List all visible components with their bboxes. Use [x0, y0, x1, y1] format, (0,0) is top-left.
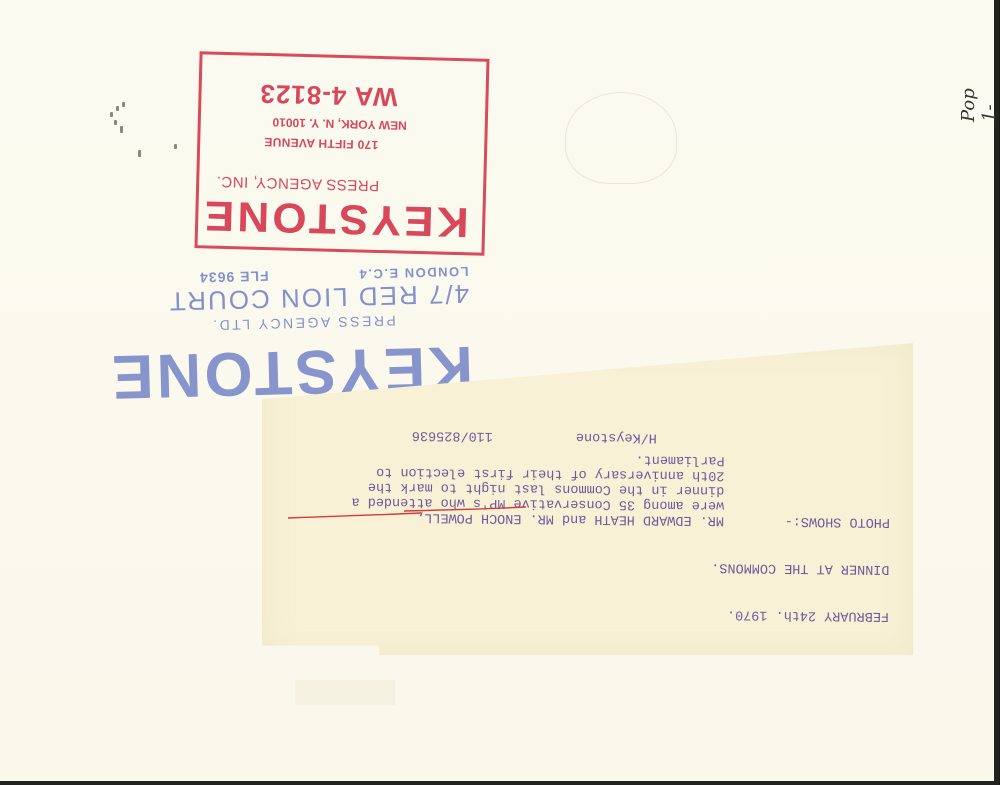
caption-date: FEBRUARY 24th. 1970.: [727, 606, 889, 623]
water-stain: [565, 92, 677, 184]
stamp-agency: PRESS AGENCY LTD.: [211, 313, 396, 334]
stamp-phone: FLE 9634: [199, 268, 269, 286]
red-pen-underline: [286, 505, 676, 521]
paper-residue: [295, 680, 395, 705]
caption-credit: H/Keystone: [576, 429, 657, 445]
caption-reference: 110/825636: [412, 427, 493, 443]
caption-label: PHOTO SHOWS:-: [785, 513, 890, 529]
stamp-brand: KEYSTONE: [201, 191, 469, 246]
stamp-address-line2: NEW YORK, N. Y. 10010: [272, 115, 407, 133]
caption-headline: DINNER AT THE COMMONS.: [711, 559, 889, 576]
stamp-agency: PRESS AGENCY, INC.: [216, 173, 379, 194]
stamp-address-line2: LONDON E.C.4: [358, 264, 469, 282]
stamp-address-line1: 170 FIFTH AVENUE: [264, 135, 378, 152]
handwritten-note: Pop 1-: [958, 86, 1000, 122]
photo-back: KEYSTONE PRESS AGENCY, INC. 170 FIFTH AV…: [0, 0, 999, 785]
ink-specks: [110, 100, 190, 160]
stamp-phone: WA 4-8123: [259, 78, 398, 113]
keystone-new-york-stamp: KEYSTONE PRESS AGENCY, INC. 170 FIFTH AV…: [194, 51, 489, 256]
caption-body-line: Parliament.: [635, 451, 724, 467]
